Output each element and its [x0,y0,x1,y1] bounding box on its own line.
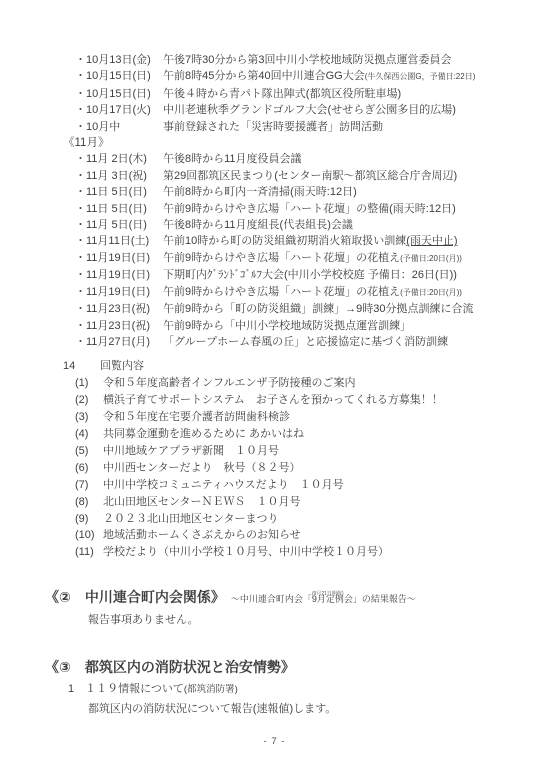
section2-heading: 《② 中川連合町内会関係》～中川連合町内会「(9月21日開催)9月定例会」の結果… [45,587,529,609]
event-desc: 午前9時からけやき広場「ハート花壇」の花植え [163,286,400,298]
item-number: (5) [75,443,103,460]
event-row: ・11月19日(日) 午前9時からけやき広場「ハート花壇」の花植え(予備日:20… [75,284,529,301]
bullet: ・ [75,168,86,184]
event-desc: 下期町内ｸﾞﾗﾝﾄﾞｺﾞﾙﾌ大会(中川小学校校庭 予備日：26日(日)) [163,269,457,281]
event-note-small: (牛久保西公園G，予備日:22日) [365,72,476,81]
event-row: ・11月11日(土) 午前10時から町の防災組織初期消火箱取扱い訓練(雨天中止) [75,233,529,249]
bullet: ・ [75,284,86,301]
event-row: ・11月19日(日) 午前9時からけやき広場「ハート花壇」の花植え(予備日:20… [75,250,529,267]
section2-note-pre: ～中川連合町内会「 [231,594,312,604]
event-date: 11月 2日(木) [86,151,147,167]
event-date: 10月13日(金) [86,52,151,68]
event-row: ・10月15日(日) 午前8時45分から第40回中川連合GG大会(牛久保西公園G… [75,68,529,85]
section2-body: 報告事項ありません。 [88,612,529,629]
section3-item-title-small: (都筑消防署) [184,684,238,695]
event-row: ・11日 5日(日) 午前9時からけやき広場「ハート花壇」の整備(雨天時:12日… [75,201,529,217]
bullet: ・ [75,318,86,334]
event-desc: 中川老連秋季グランドゴルフ大会(せせらぎ公園多目的広場) [163,104,456,116]
section2-heading-text: 《② 中川連合町内会関係》 [45,589,225,605]
event-row: ・11月 5日(日) 午後8時から11月度組長(代表組長)会議 [75,217,529,233]
bullet: ・ [75,233,86,249]
section3-item: 1 １１９情報について(都筑消防署) [68,681,529,698]
event-note-small: (予備日:20日(月)) [400,254,462,263]
item-number: (1) [75,375,103,392]
document-content: ・10月13日(金) 午後7時30分から第3回中川小学校地域防災拠点運営委員会 … [63,52,529,718]
item-text: 中川中学校コミュニティハウスだより １０月号 [103,477,344,494]
bullet: ・ [75,86,86,102]
bullet: ・ [75,301,86,317]
event-row: ・11月19日(日) 下期町内ｸﾞﾗﾝﾄﾞｺﾞﾙﾌ大会(中川小学校校庭 予備日：… [75,267,529,283]
event-row: ・10月15日(日) 午後４時から青パト隊出陣式(都筑区役所駐車場) [75,86,529,102]
bullet: ・ [75,151,86,167]
item-text: 横浜子育てサポートシステム お子さんを預かってくれる方募集！！ [103,392,443,409]
event-desc: 午後7時30分から第3回中川小学校地域防災拠点運営委員会 [163,54,451,66]
event-date: 11月 5日(日) [86,217,147,233]
circulation-item: (8)北山田地区センターＮＥＷＳ １０月号 [75,494,529,511]
item-number: (7) [75,477,103,494]
bullet: ・ [75,68,86,85]
section3-item-number: 1 [68,683,74,695]
circulation-item: (11)学校だより（中川小学校１０月号、中川中学校１０月号） [75,544,529,561]
item-text: 地域活動ホームくさぶえからのお知らせ [103,527,301,544]
event-date: 11月19日(日) [86,250,150,267]
circulation-item: (6)中川西センターだより 秋号（８２号） [75,460,529,477]
circulation-item: (2)横浜子育てサポートシステム お子さんを預かってくれる方募集！！ [75,392,529,409]
bullet: ・ [75,119,86,135]
item-number: (3) [75,409,103,426]
event-date: 10月15日(日) [86,68,151,85]
bullet: ・ [75,250,86,267]
event-row: ・10月17日(火) 中川老連秋季グランドゴルフ大会(せせらぎ公園多目的広場) [75,102,529,118]
event-row: ・11日 5日(日) 午前8時から町内一斉清掃(雨天時:12日) [75,184,529,200]
event-desc: 午後8時から11月度組長(代表組長)会議 [163,219,353,231]
item-number: (9) [75,511,103,528]
page-number: - 7 - [0,736,549,747]
circulation-item: (9)２０２３北山田地区センターまつり [75,511,529,528]
event-date: 11月11日(土) [86,233,149,249]
item-text: 学校だより（中川小学校１０月号、中川中学校１０月号） [103,544,389,561]
section3-body: 都筑区内の消防状況について報告(速報値)します。 [88,701,529,718]
event-row: ・11月 3日(祝) 第29回都筑区民まつり(センター南駅～都筑区総合庁舎周辺) [75,168,529,184]
event-desc: 午後8時から11月度役員会議 [163,153,302,165]
event-date: 11月 3日(祝) [86,168,147,184]
event-desc: 午前9時からけやき広場「ハート花壇」の花植え [163,252,400,264]
bullet: ・ [75,267,86,283]
bullet: ・ [75,217,86,233]
event-desc: 午前8時から町内一斉清掃(雨天時:12日) [163,186,357,198]
item-number: (2) [75,392,103,409]
event-row: ・11月23日(祝) 午前9時から「町の防災組織」訓練」→9時30分拠点訓練に合… [75,301,529,317]
event-date: 11日 5日(日) [86,184,147,200]
item-text: 北山田地区センターＮＥＷＳ １０月号 [103,494,301,511]
item-number: (11) [75,544,103,561]
bullet: ・ [75,52,86,68]
item-number: (4) [75,426,103,443]
event-desc: 午前9時からけやき広場「ハート花壇」の整備(雨天時:12日) [163,203,456,215]
item-number: (10) [75,527,103,544]
section2-note-ruby: (9月21日開催) [312,584,344,604]
section2-note-post: 」の結果報告～ [353,594,416,604]
event-note-small: (予備日:20日(月)) [400,288,462,297]
event-note-underlined: (雨天中止) [406,235,457,247]
bullet: ・ [75,334,86,350]
section3-heading: 《③ 都筑区内の消防状況と治安情勢》 [45,657,529,677]
item-number: (8) [75,494,103,511]
event-row: ・10月13日(金) 午後7時30分から第3回中川小学校地域防災拠点運営委員会 [75,52,529,68]
event-row: ・11月27日(月) 「グループホーム春風の丘」と応援協定に基づく消防訓練 [75,334,529,350]
circulation-item: (4)共同募金運動を進めるために あかいはね [75,426,529,443]
item-text: 令和５年度高齢者インフルエンザ予防接種のご案内 [103,375,356,392]
bullet: ・ [75,102,86,118]
november-section-label: 《11月》 [63,135,529,151]
event-date: 10月15日(日) [86,86,151,102]
item-text: ２０２３北山田地区センターまつり [103,511,279,528]
event-desc: 「グループホーム春風の丘」と応援協定に基づく消防訓練 [163,336,448,348]
circulation-item: (10)地域活動ホームくさぶえからのお知らせ [75,527,529,544]
section3-item-title: １１９情報について [85,683,184,695]
event-row: ・11月23日(祝) 午前9時から「中川小学校地域防災拠点運営訓練」 [75,318,529,334]
bullet: ・ [75,201,86,217]
event-date: 11日 5日(日) [86,201,147,217]
event-desc: 午前9時から「中川小学校地域防災拠点運営訓練」 [163,320,411,332]
event-date: 10月17日(火) [86,102,151,118]
circulation-item: (7)中川中学校コミュニティハウスだより １０月号 [75,477,529,494]
item-text: 共同募金運動を進めるために あかいはね [103,426,304,443]
circulation-item: (1)令和５年度高齢者インフルエンザ予防接種のご案内 [75,375,529,392]
item-text: 令和５年度在宅要介護者訪問歯科検診 [103,409,290,426]
circulation-item: (5)中川地域ケアプラザ新聞 １０月号 [75,443,529,460]
event-desc: 午前8時45分から第40回中川連合GG大会 [163,70,365,82]
circulation-number: 14 [63,358,100,375]
event-desc: 第29回都筑区民まつり(センター南駅～都筑区総合庁舎周辺) [163,170,457,182]
event-date: 11月19日(日) [86,267,150,283]
event-date: 11月27日(月) [86,334,150,350]
event-desc: 午後４時から青パト隊出陣式(都筑区役所駐車場) [163,88,401,100]
section2-note: ～中川連合町内会「(9月21日開催)9月定例会」の結果報告～ [231,594,416,604]
event-date: 10月中 [86,119,120,135]
item-text: 中川西センターだより 秋号（８２号） [103,460,301,477]
event-row: ・11月 2日(木) 午後8時から11月度役員会議 [75,151,529,167]
document-page: ・10月13日(金) 午後7時30分から第3回中川小学校地域防災拠点運営委員会 … [0,0,549,776]
circulation-title: 回覧内容 [100,360,144,372]
event-row: ・10月中 事前登録された「災害時要援護者」訪問活動 [75,119,529,135]
event-desc: 事前登録された「災害時要援護者」訪問活動 [163,121,383,133]
item-number: (6) [75,460,103,477]
circulation-item: (3)令和５年度在宅要介護者訪問歯科検診 [75,409,529,426]
event-date: 11月23日(祝) [86,318,150,334]
bullet: ・ [75,184,86,200]
event-desc: 午前10時から町の防災組織初期消火箱取扱い訓練 [163,235,406,247]
item-text: 中川地域ケアプラザ新聞 １０月号 [103,443,279,460]
circulation-header: 14回覧内容 [63,358,529,375]
event-date: 11月19日(日) [86,284,150,301]
event-date: 11月23日(祝) [86,301,150,317]
event-desc: 午前9時から「町の防災組織」訓練」→9時30分拠点訓練に合流 [163,303,473,315]
